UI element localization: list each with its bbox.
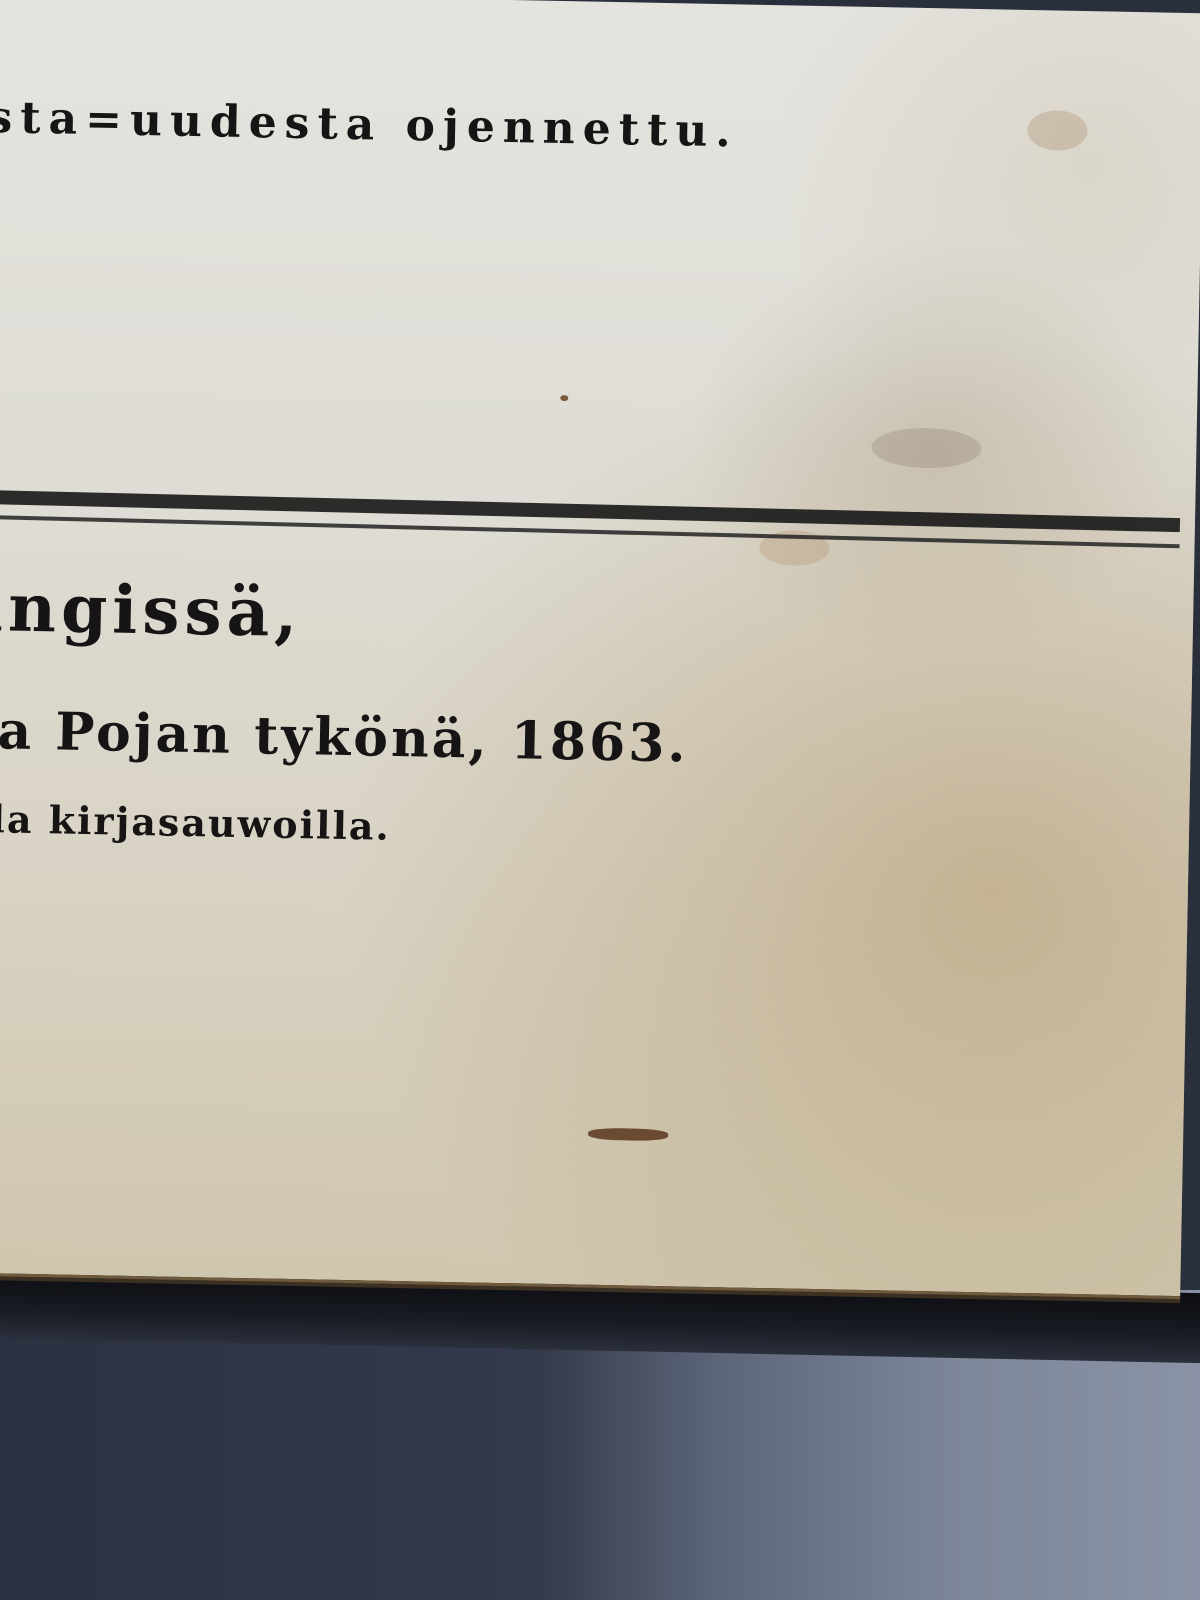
title-page: sta=uudesta ojennettu. ingissä, ja Pojan…: [0, 0, 1200, 1299]
imprint-place: ingissä,: [0, 568, 303, 652]
double-rule-thick: [0, 490, 1180, 532]
subtitle-line: sta=uudesta ojennettu.: [0, 92, 739, 157]
foxing-stain: [1027, 110, 1088, 151]
photo-scene: sta=uudesta ojennettu. ingissä, ja Pojan…: [0, 0, 1200, 1600]
ink-speck: [588, 1128, 668, 1142]
imprint-publisher-year: ja Pojan tykönä, 1863.: [0, 700, 689, 775]
foxing-stain: [871, 427, 982, 469]
imprint-typeface-note: lla kirjasauwoilla.: [0, 796, 391, 849]
ink-speck: [560, 395, 568, 401]
